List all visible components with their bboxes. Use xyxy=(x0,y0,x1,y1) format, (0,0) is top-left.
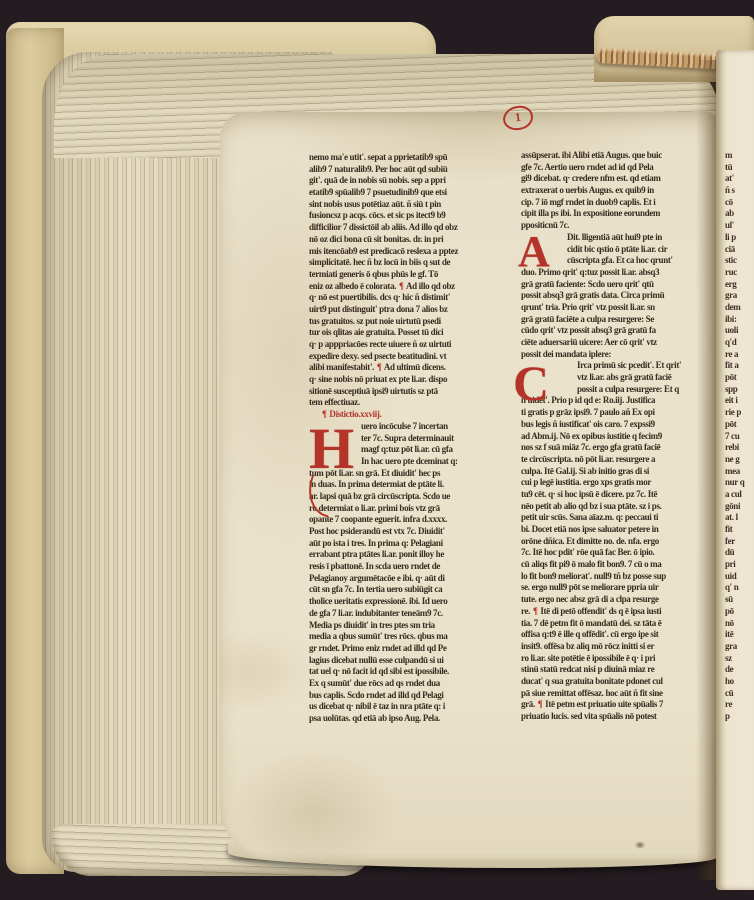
text-line: simplicitatē. hec ñ bz locū in biis q su… xyxy=(309,257,517,269)
text-line: ro li.ar. site potētie ē ipossibile ē q·… xyxy=(521,653,697,665)
drop-cap-initial: A xyxy=(518,230,550,274)
text-line: cō xyxy=(725,197,752,209)
text-line: stinū statū redcat nisi p diuinā miaz re xyxy=(521,664,697,676)
text-line: de gfa 7 li.ar. indubitanter teneām9 7c. xyxy=(309,608,517,620)
pilcrow-mark: ¶ xyxy=(537,699,544,709)
text-line: petit uir scūs. Sana aīaz.m. q: peccaui … xyxy=(521,512,697,524)
text-line: pri xyxy=(725,559,752,571)
text-line: ruc xyxy=(725,267,752,279)
text-line: bi. Docet etiā nos ipse saluator petere … xyxy=(521,524,697,536)
text-line: erg xyxy=(725,279,752,291)
text-line: alib9 7 naturalib9. Per hoc aūt qd subiū xyxy=(309,164,517,176)
text-line: bus legis ñ iustificat' ois caro. 7 exps… xyxy=(521,419,697,431)
text-line: ciā xyxy=(725,244,752,256)
text-line: grā. ¶ Itē petm est priuatio uite spūali… xyxy=(521,699,697,711)
text-line: ne g xyxy=(725,454,752,466)
text-line: uid xyxy=(725,571,752,583)
text-line: alibi manifestabit'. ¶ Ad ultimū dicens. xyxy=(309,362,517,374)
text-line: 7 cu xyxy=(725,431,752,443)
text-line: gōni xyxy=(725,501,752,513)
text-line: cū xyxy=(725,688,752,700)
text-line: sint nobis usus potētiaz aūt. ñ siū t pi… xyxy=(309,199,517,211)
text-line: termiati generis ō qbus phūs le gf. Tō xyxy=(309,269,517,281)
text-line: li p xyxy=(725,232,752,244)
text-line: te circūscripta. nō pōt li.ar. resurgere… xyxy=(521,454,697,466)
text-line: at. l xyxy=(725,512,752,524)
text-line: fit xyxy=(725,524,752,536)
gutter-shadow xyxy=(696,60,718,880)
text-line: eniz oz albedo ē colorata. ¶ Ad illo qd … xyxy=(309,281,517,293)
text-line: itē xyxy=(725,629,752,641)
text-line: Post hoc psiderandū est vtx 7c. Diuidit' xyxy=(309,526,517,538)
text-line: mis itencōab9 est predicacō reslexa a pp… xyxy=(309,246,517,258)
text-line: pōt xyxy=(725,419,752,431)
text-line: stic xyxy=(725,255,752,267)
text-line: tur ois qlitas aie gratuita. Posset tū d… xyxy=(309,327,517,339)
text-line: tū xyxy=(725,162,752,174)
text-line: p xyxy=(725,711,752,723)
text-line: pā siue remittat offēsaz. hoc aūt ñ fit … xyxy=(521,688,697,700)
text-line: tem effectiuaz. xyxy=(309,397,517,409)
text-line: de xyxy=(725,664,752,676)
text-line: cūdo qrit' vtz possit absq3 grā gratū fa xyxy=(521,325,697,337)
text-line: spp xyxy=(725,384,752,396)
text-line: media a qbus sumūt' tres rōcs. qbus ma xyxy=(309,631,517,643)
text-line: resis ī pbattonē. In scda uero rndet de xyxy=(309,561,517,573)
drop-cap-initial: H xyxy=(309,420,354,478)
text-line: 7c. Itē hoc pdit' rōe quā fac Ber. ō ipi… xyxy=(521,547,697,559)
text-line: priuatio lucis. sed vita spūalis nō pote… xyxy=(521,711,697,723)
text-line: in duas. In prima determiat de ptāte li. xyxy=(309,479,517,491)
text-line: sū xyxy=(725,594,752,606)
text-line: lo fit bon9 meliorat'. null9 tñ bz posse… xyxy=(521,571,697,583)
text-line: lagius dicebat nullū esse culpandū si ui xyxy=(309,655,517,667)
pilcrow-mark: ¶ xyxy=(376,362,383,372)
text-line: sitionē susceptiuā ipsi9 uirtutis sz ptā xyxy=(309,386,517,398)
text-line: nur q xyxy=(725,477,752,489)
text-line: ciēte aduersariū uicere: Aer cō qrit' vt… xyxy=(521,337,697,349)
text-line: q· sine nobis nō priuat ex pte li.ar. di… xyxy=(309,374,517,386)
photo-background: 1 nemo ma'e utit'. sepat a pprietatib9 s… xyxy=(0,0,754,900)
text-line: at' xyxy=(725,173,752,185)
pilcrow-mark: ¶ xyxy=(398,281,405,291)
text-line: nō oz dici bona cū sit bonitas. dr. in p… xyxy=(309,234,517,246)
text-line: nemo ma'e utit'. sepat a pprietatib9 spū xyxy=(309,152,517,164)
text-line: cui p legē iustitia. ergo xps gratis mor xyxy=(521,477,697,489)
text-line: offisa q:t9 ē ille q offēdit'. cū ergo i… xyxy=(521,629,697,641)
text-line: re. ¶ Itē di petō offendit' ds q ē ipsa … xyxy=(521,606,697,618)
text-line: tus gratuitos. sz put noie uirtutū psedi xyxy=(309,316,517,328)
text-line: errabant ptra ptātes li.ar. ponit illoy … xyxy=(309,549,517,561)
pilcrow-mark: ¶ xyxy=(532,606,539,616)
text-line: tholice ueritatis expressionē. ibi. Id u… xyxy=(309,596,517,608)
text-line: fer xyxy=(725,536,752,548)
text-line: ro determiat o li.ar. primi bois vtz grā xyxy=(309,503,517,515)
text-line: assūpserat. ibi Alibi etiā Augus. que bu… xyxy=(521,150,697,162)
text-line: insit9. offēsa bz aliq mō rōcz initti si… xyxy=(521,641,697,653)
text-line: Ex q sumūt' due rōcs ad qs rndet dua xyxy=(309,678,517,690)
text-line: sz xyxy=(725,653,752,665)
text-line: Pelagianoy argumētacōe e ibi. q· aūt di xyxy=(309,573,517,585)
text-line: tu9 cēt. q· si hoc ipsū ē dicere. pz 7c.… xyxy=(521,489,697,501)
text-line: possit absq3 grā gratis data. Circa prim… xyxy=(521,290,697,302)
text-line: eit i xyxy=(725,395,752,407)
text-line: q' n xyxy=(725,582,752,594)
text-line: q· p apppriacōes recte uiuere ñ oz uirtu… xyxy=(309,339,517,351)
text-line: tia. 7 dē petm fit ō mandatū dei. sz tāt… xyxy=(521,618,697,630)
text-line: dū xyxy=(725,547,752,559)
text-line: cip. 7 iō mgf rndet in duob9 caplis. Et … xyxy=(521,197,697,209)
text-line: uirt9 put distinguit' ptra dona 7 alios … xyxy=(309,304,517,316)
text-line: ñ s xyxy=(725,185,752,197)
facing-page-text-sliver: mtūat'ñ scōabul'li pciāsticrucerggrademi… xyxy=(725,150,752,728)
text-line: extraxerat o uerbis Augus. ex quib9 in xyxy=(521,185,697,197)
text-line: etatib9 spūalib9 7 psuetudinib9 que etsi xyxy=(309,187,517,199)
text-line: gra xyxy=(725,290,752,302)
text-line: bus caplis. Scdo rndet ad illd qd Pelagi xyxy=(309,690,517,702)
text-line: dem xyxy=(725,302,752,314)
text-line: cū aliqs fit pi9 ō malo fit bon9. 7 cū o… xyxy=(521,559,697,571)
text-line: mea xyxy=(725,466,752,478)
text-line: ab xyxy=(725,208,752,220)
text-line: re xyxy=(725,699,752,711)
text-line: gfe 7c. Aertio uero rndet ad id qd Pela xyxy=(521,162,697,174)
text-line: gra xyxy=(725,641,752,653)
text-line: cipit illa ps ibi. In expositione eorund… xyxy=(521,208,697,220)
text-line: nō xyxy=(725,618,752,630)
text-line: gi9 dicebat. q· credere nfm est. qd etia… xyxy=(521,173,697,185)
text-line: expedire dexy. sed psecte beatitudini. v… xyxy=(309,351,517,363)
text-line: nēo petit ab alio qd bz i sua ptāte. sz … xyxy=(521,501,697,513)
text-line: pōt xyxy=(725,372,752,384)
text-line: ad Abm.ij. Nō ex opibus iustitie q fecim… xyxy=(521,431,697,443)
text-line: ducat' q sua gratuita bonitate pdonet cu… xyxy=(521,676,697,688)
text-line: uoli xyxy=(725,325,752,337)
text-line: tat uel q· nō facit id qd sibi est iposs… xyxy=(309,666,517,678)
text-line: difficilior 7 dissictōil ab aliis. Ad il… xyxy=(309,222,517,234)
text-line: grā gratū faciēte a culpa resurgere: Se xyxy=(521,314,697,326)
text-line: q'd xyxy=(725,337,752,349)
drop-cap-initial: C xyxy=(513,358,549,408)
text-line: ul' xyxy=(725,220,752,232)
text-line: orōne dñica. Et dimitte no. de. nfa. erg… xyxy=(521,536,697,548)
text-line: re a xyxy=(725,349,752,361)
text-line: culpa. Itē Gal.ij. Si ab initio gras di … xyxy=(521,466,697,478)
text-line: psa uolūtas. qd etiā ab ipso Aug. Pela. xyxy=(309,713,517,725)
text-line: m xyxy=(725,150,752,162)
text-line: qrunt' tria. Prio qrit' vtz possit li.ar… xyxy=(521,302,697,314)
text-line: fusioncsz p acqs. cōcs. et sic ps itect9… xyxy=(309,210,517,222)
text-line: ar. lapsi quā bz grā circūscripta. Scdo … xyxy=(309,491,517,503)
text-line: q· nō est puertibilis. dcs q· hic ñ dist… xyxy=(309,292,517,304)
text-line: fit a xyxy=(725,360,752,372)
text-line: rie p xyxy=(725,407,752,419)
text-line: git'. quā de in nobis sū nobis. sep a pp… xyxy=(309,175,517,187)
text-line: pō xyxy=(725,606,752,618)
text-line: nos sz f suā miāz 7c. ergo gfa gratū fac… xyxy=(521,442,697,454)
text-line: opante 7 coopante eguerit. infra d.xxxx. xyxy=(309,514,517,526)
text-line: rebi xyxy=(725,442,752,454)
text-line: us dicebat q· nibil ē taz in nra ptāte q… xyxy=(309,701,517,713)
text-line: tute. ergo nec absz grā di a clpa resurg… xyxy=(521,594,697,606)
text-line: ibi: xyxy=(725,314,752,326)
text-line: aūt po ista i tres. In prima q: Pelagian… xyxy=(309,538,517,550)
text-line: Media ps diuidit' in tres ptes sm tria xyxy=(309,620,517,632)
text-line: cūt sn gfa 7c. In tertia uero subiūgit c… xyxy=(309,584,517,596)
text-line: gr rndet. Primo eniz rndet ad illd qd Pe xyxy=(309,643,517,655)
text-line: ho xyxy=(725,676,752,688)
text-line: a cul xyxy=(725,489,752,501)
text-line: grā gratū faciente: Scdo uero qrit' qtū xyxy=(521,279,697,291)
text-line: se. ergo null9 pōt se meliorare ppria ui… xyxy=(521,582,697,594)
